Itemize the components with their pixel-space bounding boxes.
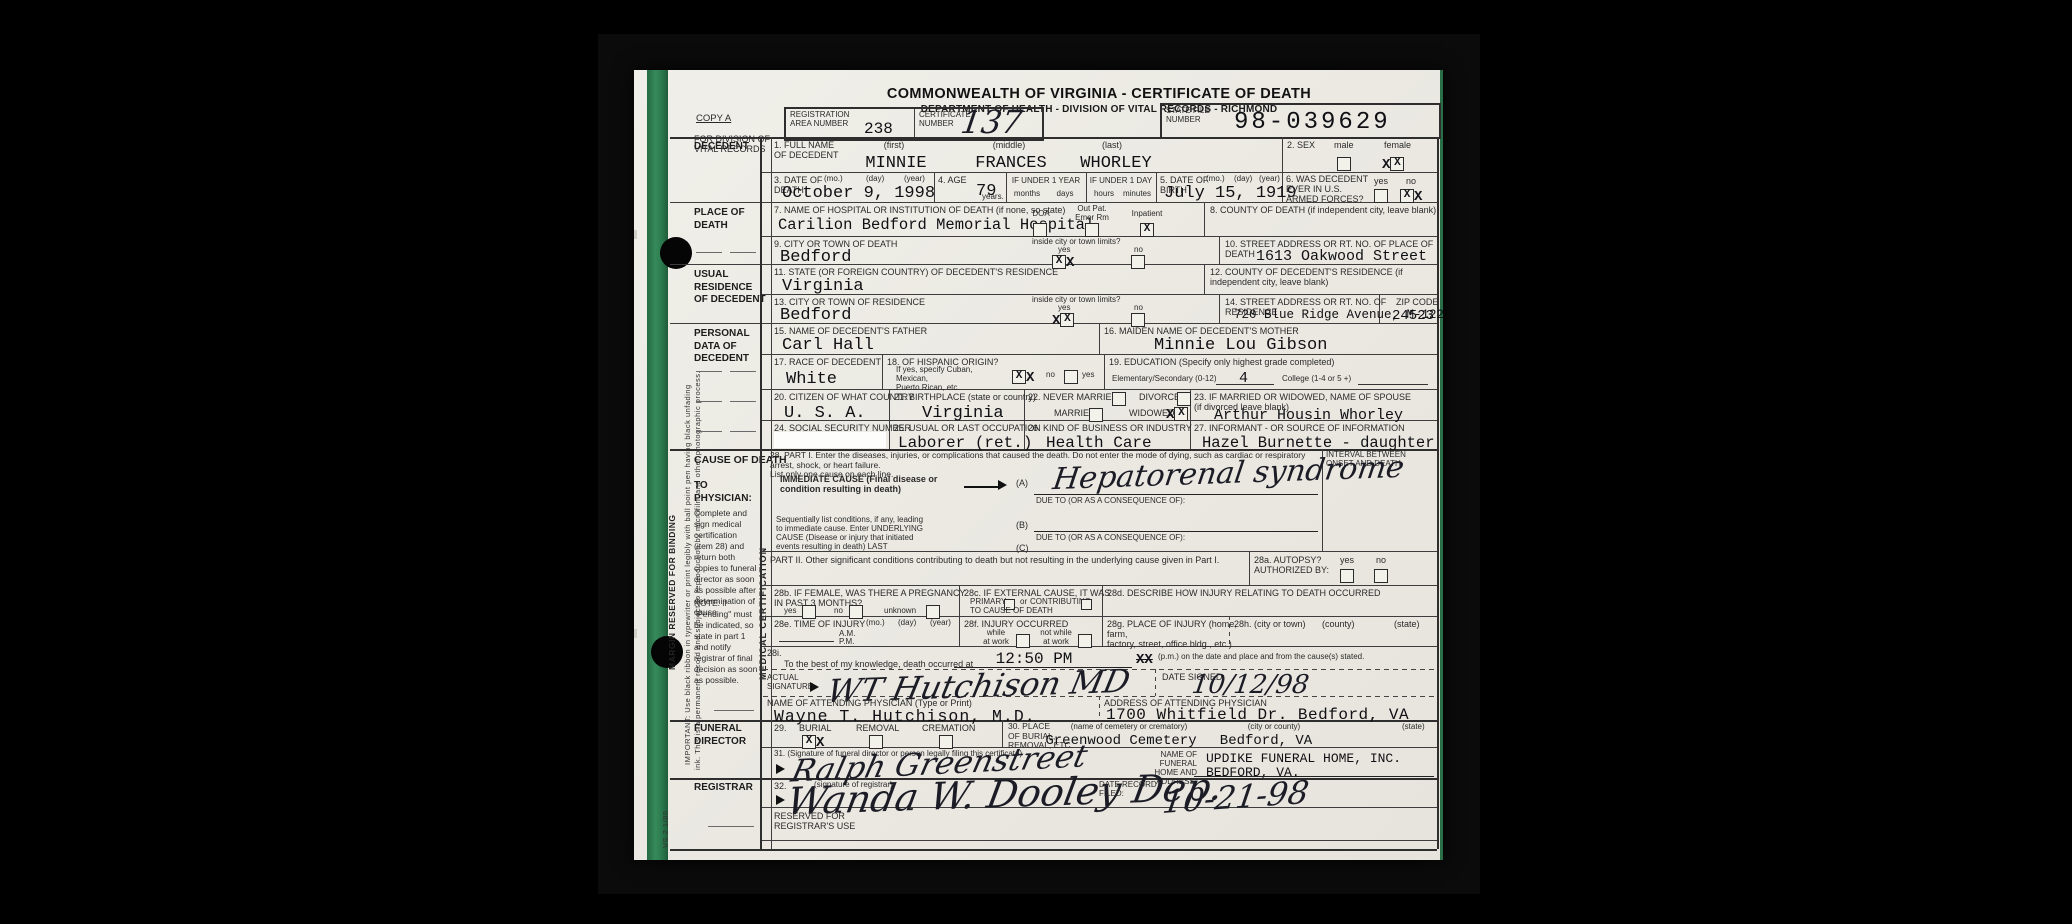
date-filed-label: DATE RECORD FILED:	[1099, 781, 1157, 799]
injury-at-work-checkbox	[1016, 632, 1030, 650]
part2-header: PART II. Other significant conditions co…	[770, 555, 1240, 565]
armed-forces-no-checkbox: XX	[1400, 187, 1422, 205]
field-26-label: 26. KIND OF BUSINESS OR INDUSTRY	[1028, 423, 1192, 433]
field-6-no: no	[1406, 176, 1416, 186]
part1-sequential-label: Sequentially list conditions, if any, le…	[776, 516, 966, 552]
field-1-last-value: WHORLEY	[1080, 154, 1151, 173]
autopsy-no-checkbox	[1374, 567, 1388, 585]
sex-female-checkbox: XX	[1382, 155, 1404, 173]
field-1-middle-value: FRANCES	[975, 154, 1046, 173]
field-28i-label: 28i.	[767, 648, 782, 658]
registration-area-label: REGISTRATION AREA NUMBER	[790, 111, 849, 129]
rule	[708, 826, 754, 827]
field-6-yes: yes	[1374, 176, 1388, 186]
field-25-label: 25. USUAL OR LAST OCCUPATION	[894, 423, 1041, 433]
funeral-signature-pointer-icon	[776, 761, 785, 779]
field-22-never-married: 22. NEVER MARRIED	[1028, 392, 1118, 402]
married-checkbox	[1089, 406, 1103, 424]
field-28c-tail: TO CAUSE OF DEATH	[970, 607, 1053, 616]
never-married-checkbox	[1112, 390, 1126, 408]
rule	[730, 371, 756, 372]
field-28e-day: (day)	[898, 619, 916, 628]
field-27-label: 27. INFORMANT - OR SOURCE OF INFORMATION	[1194, 423, 1405, 433]
certificate-number-value: 137	[958, 103, 1024, 141]
field-2-male-sublabel: male	[1334, 140, 1354, 150]
field-29-label: 29.	[774, 723, 787, 733]
field-17-label: 17. RACE OF DECEDENT	[774, 357, 881, 367]
arrow-shaft	[964, 486, 998, 488]
field-29-cremation: CREMATION	[922, 723, 975, 733]
field-29-burial: BURIAL	[799, 723, 832, 733]
minutes-sublabel: minutes	[1120, 190, 1154, 199]
field-14-zip-value: 24523	[1392, 308, 1434, 324]
field-15-value: Carl Hall	[782, 336, 874, 355]
field-21-label: 21. BIRTHPLACE (state or country)	[894, 392, 1036, 402]
state-file-box: STATE FILE NUMBER 98-039629	[1160, 103, 1441, 139]
field-1-last-sublabel: (last)	[1092, 140, 1132, 150]
field-28g-label: 28g. PLACE OF INJURY (home, farm, factor…	[1107, 619, 1237, 649]
rule	[1156, 172, 1157, 202]
widowed-checkbox: XX	[1166, 405, 1188, 423]
death-city-limits-no-checkbox	[1131, 253, 1145, 271]
rule	[1155, 669, 1156, 696]
section-residence: USUAL RESIDENCE OF DECEDENT	[694, 269, 766, 307]
rule	[670, 137, 1437, 139]
rule	[1219, 294, 1220, 323]
field-11-label: 11. STATE (OR FOREIGN COUNTRY) OF DECEDE…	[774, 267, 1058, 277]
field-4-label: 4. AGE	[938, 175, 967, 185]
field-16-label: 16. MAIDEN NAME OF DECEDENT'S MOTHER	[1104, 326, 1299, 336]
field-12-label: 12. COUNTY OF DECEDENT'S RESIDENCE (if i…	[1210, 267, 1440, 287]
field-30-state-sublabel: (state)	[1402, 723, 1425, 732]
field-30-city-value: Bedford, VA	[1220, 733, 1312, 749]
armed-forces-yes-checkbox	[1374, 187, 1388, 205]
certificate-paper: MARGIN RESERVED FOR BINDING IMPORTANT: U…	[634, 70, 1443, 860]
field-28d-label: 28d. DESCRIBE HOW INJURY RELATING TO DEA…	[1107, 588, 1381, 598]
doa-sublabel: DOA	[1024, 210, 1058, 219]
signature-pointer-icon	[810, 679, 819, 697]
field-19-college-label: College (1-4 or 5 +)	[1282, 375, 1351, 384]
field-17-value: White	[786, 370, 837, 389]
field-28e-mo: (mo.)	[866, 619, 885, 628]
field-16-value: Minnie Lou Gibson	[1154, 336, 1327, 355]
section-decedent: DECEDENT	[694, 141, 749, 154]
field-28h-label: 28h. (city or town)	[1234, 619, 1306, 629]
inpatient-sublabel: Inpatient	[1124, 210, 1170, 219]
margin-binding-note: MARGIN RESERVED FOR BINDING	[667, 370, 677, 670]
field-7-label: 7. NAME OF HOSPITAL OR INSTITUTION OF DE…	[774, 205, 1065, 215]
rule	[1249, 551, 1250, 585]
rule	[882, 354, 883, 389]
field-10-value: 1613 Oakwood Street	[1256, 248, 1427, 265]
rule	[914, 109, 915, 139]
field-18-note: If yes, specify Cuban, Mexican, Puerto R…	[896, 366, 986, 393]
field-28a-label: 28a. AUTOPSY? AUTHORIZED BY:	[1254, 555, 1329, 575]
rule	[696, 371, 722, 372]
field-4-years: years.	[982, 193, 1004, 202]
inpatient-checkbox: X	[1140, 221, 1154, 239]
rule	[730, 252, 756, 253]
rule	[1099, 323, 1100, 354]
rule	[714, 710, 754, 711]
rule	[1006, 172, 1007, 202]
part1-due-to-2: DUE TO (OR AS A CONSEQUENCE OF):	[1036, 534, 1185, 543]
field-8-label: 8. COUNTY OF DEATH (if independent city,…	[1210, 205, 1436, 215]
hispanic-no-checkbox: XX	[1012, 368, 1034, 386]
pending-note: NOTE: if "Pending" must be indicated, so…	[694, 598, 762, 686]
arrow-head-icon	[998, 480, 1007, 490]
field-28a-yes: yes	[1340, 555, 1354, 565]
sex-male-checkbox	[1337, 155, 1351, 173]
field-5-yr: (year)	[1259, 175, 1280, 184]
rule	[771, 137, 772, 849]
field-28e-label: 28e. TIME OF INJURY	[774, 619, 865, 629]
field-21-value: Virginia	[922, 404, 1004, 423]
res-city-limits-yes-checkbox: XX	[1052, 311, 1074, 329]
rule	[670, 849, 1437, 851]
rule	[1086, 172, 1087, 202]
rule	[760, 389, 1437, 390]
field-3-value: October 9, 1998	[782, 184, 935, 203]
field-18-no: no	[1046, 371, 1055, 380]
rule	[1194, 776, 1434, 777]
field-3-mo: (mo.)	[824, 175, 843, 184]
field-28h-state: (state)	[1394, 619, 1420, 629]
under-1-day-label: IF UNDER 1 DAY	[1088, 177, 1154, 186]
field-28b-unknown: unknown	[884, 607, 916, 616]
rule	[696, 252, 722, 253]
rule	[1219, 236, 1220, 264]
part1-immediate-label: IMMEDIATE CAUSE (Final disease or condit…	[780, 474, 937, 494]
injury-not-at-work-checkbox	[1078, 632, 1092, 650]
autopsy-yes-checkbox	[1340, 567, 1354, 585]
field-3-day: (day)	[866, 175, 884, 184]
field-28b-no: no	[834, 607, 843, 616]
date-signed-handwritten: 10/12/98	[1190, 670, 1311, 700]
actual-signature-label: ACTUAL SIGNATURE	[767, 674, 813, 692]
field-30-city-sublabel: (city or county)	[1234, 723, 1314, 732]
section-to-physician: TO PHYSICIAN:	[694, 480, 752, 505]
field-13-value: Bedford	[780, 306, 851, 325]
part1-line-c-label: (C)	[1016, 543, 1029, 553]
part1-line-a-label: (A)	[1016, 478, 1028, 488]
field-28h-county: (county)	[1322, 619, 1355, 629]
rule	[779, 641, 834, 642]
field-1-label: 1. FULL NAME OF DECEDENT	[774, 140, 839, 160]
field-19-label: 19. EDUCATION (Specify only highest grad…	[1109, 357, 1334, 367]
section-registrar: REGISTRAR	[694, 782, 753, 795]
field-28e-yr: (year)	[930, 619, 951, 628]
field-28e-pm: P.M.	[839, 638, 854, 647]
field-2-label: 2. SEX	[1287, 140, 1315, 150]
rule	[730, 401, 756, 402]
field-20-label: 20. CITIZEN OF WHAT COUNTRY	[774, 392, 914, 402]
part1-due-to-1: DUE TO (OR AS A CONSEQUENCE OF):	[1036, 497, 1185, 506]
registrar-signature-pointer-icon	[776, 792, 785, 810]
part1-line-b-label: (B)	[1016, 520, 1028, 530]
field-28a-no: no	[1376, 555, 1386, 565]
form-code: VS 2 1/89	[661, 792, 670, 848]
rule	[696, 431, 722, 432]
field-19-elementary-label: Elementary/Secondary (0-12)	[1112, 375, 1217, 384]
ssn-redaction	[774, 432, 886, 448]
margin-important-note-1: IMPORTANT: Use black ribbon in typewrite…	[683, 305, 692, 765]
rule	[1034, 494, 1318, 495]
months-sublabel: months	[1008, 190, 1046, 199]
field-1-first-sublabel: (first)	[874, 140, 914, 150]
rule	[760, 646, 1437, 647]
section-place-of-death: PLACE OF DEATH	[694, 207, 745, 232]
rule	[696, 401, 722, 402]
rule	[730, 431, 756, 432]
section-personal-data: PERSONAL DATA OF DECEDENT	[694, 328, 750, 366]
scanned-death-certificate-view: MARGIN RESERVED FOR BINDING IMPORTANT: U…	[0, 0, 2072, 924]
rule	[1204, 264, 1205, 294]
field-13-limits-label: inside city or town limits?	[1032, 296, 1120, 305]
field-1-middle-sublabel: (middle)	[986, 140, 1032, 150]
registration-area-value: 238	[864, 120, 893, 138]
field-3-yr: (year)	[904, 175, 925, 184]
pm-mark: XX	[1136, 650, 1153, 668]
field-29-removal: REMOVAL	[856, 723, 899, 733]
field-19-value: 4	[1239, 370, 1248, 387]
green-binding-strip	[647, 70, 668, 860]
hispanic-yes-checkbox	[1064, 368, 1078, 386]
hours-sublabel: hours	[1088, 190, 1120, 199]
rule	[760, 840, 1437, 841]
days-sublabel: days	[1046, 190, 1084, 199]
field-18-yes: yes	[1082, 371, 1094, 380]
funeral-home-name: UPDIKE FUNERAL HOME, INC.	[1206, 751, 1401, 766]
rule	[1204, 202, 1205, 236]
state-file-value: 98-039629	[1234, 109, 1391, 136]
rule	[1034, 531, 1318, 532]
page-title: COMMONWEALTH OF VIRGINIA - CERTIFICATE O…	[774, 86, 1424, 102]
state-file-label: STATE FILE NUMBER	[1166, 107, 1210, 125]
edge-tick	[634, 629, 637, 638]
field-11-value: Virginia	[782, 277, 864, 296]
rule	[760, 137, 762, 849]
rule	[1358, 384, 1428, 385]
section-funeral-director: FUNERAL DIRECTOR	[694, 723, 746, 748]
field-20-value: U. S. A.	[784, 404, 866, 423]
field-2-female-sublabel: female	[1384, 140, 1411, 150]
field-30-cemetery-sublabel: (name of cemetery or crematory)	[1064, 723, 1194, 732]
rule	[1104, 354, 1105, 389]
field-23-value: Arthur Housin Whorley	[1214, 407, 1403, 424]
reserved-label: RESERVED FOR REGISTRAR'S USE	[774, 811, 855, 831]
field-28f-not-while: not while at work	[1036, 629, 1076, 647]
field-6-label: 6. WAS DECEDENT EVER IN U.S. ARMED FORCE…	[1286, 174, 1382, 204]
field-9-value: Bedford	[780, 248, 851, 267]
copy-label: COPY A	[696, 114, 731, 125]
field-32-label: 32.	[774, 781, 787, 791]
field-5-value: July 15, 1919	[1164, 184, 1297, 203]
rule	[760, 585, 1437, 586]
external-contributing-checkbox	[1081, 596, 1092, 614]
field-5-mo: (mo.)	[1206, 175, 1225, 184]
registration-certificate-box: REGISTRATION AREA NUMBER 238 CERTIFICATE…	[784, 107, 1044, 141]
field-14-zip-label: ZIP CODE	[1396, 297, 1438, 307]
under-1-year-label: IF UNDER 1 YEAR	[1008, 177, 1084, 186]
field-28f-while: while at work	[979, 629, 1013, 647]
edge-tick	[634, 230, 637, 239]
field-28i-post: (p.m.) on the date and place and from th…	[1158, 653, 1364, 662]
field-1-first-value: MINNIE	[865, 154, 926, 173]
field-28b-yes: yes	[784, 607, 796, 616]
field-5-day: (day)	[1234, 175, 1252, 184]
field-15-label: 15. NAME OF DECEDENT'S FATHER	[774, 326, 927, 336]
field-9-limits-label: inside city or town limits?	[1032, 238, 1120, 247]
